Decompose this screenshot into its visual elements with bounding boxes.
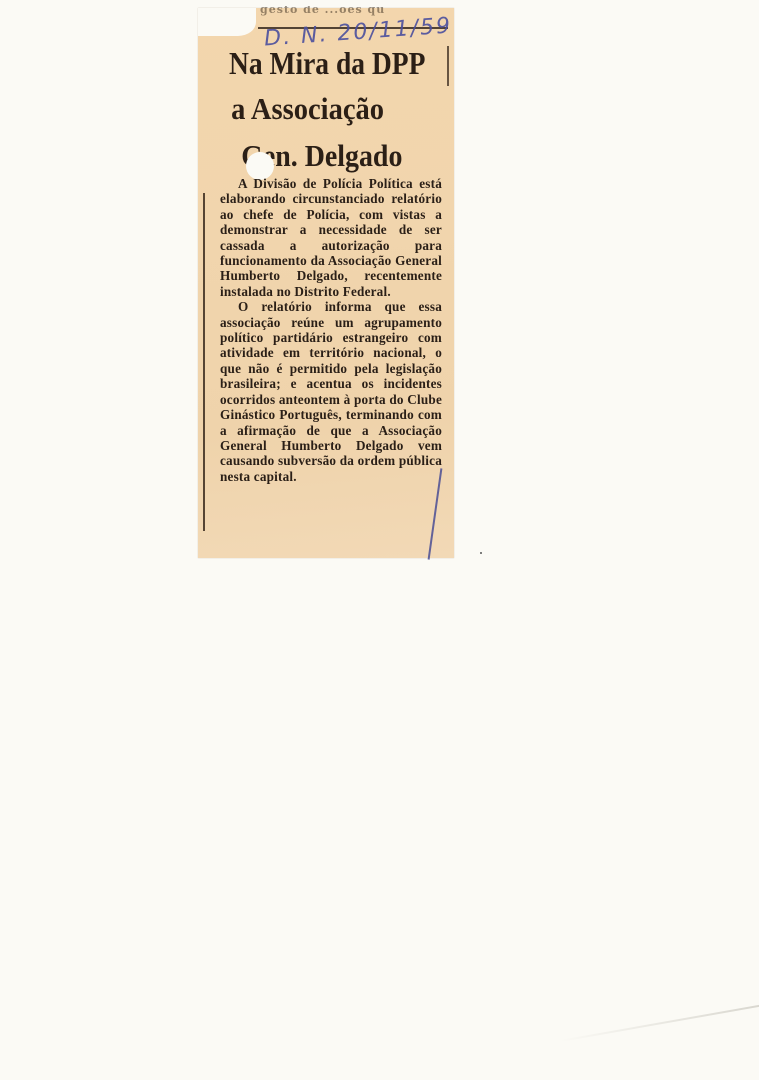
article-body: A Divisão de Polícia Política está elabo…	[220, 176, 442, 484]
article-paragraph-2: O relatório informa que essa associação …	[220, 299, 442, 484]
column-left-rule	[203, 193, 205, 531]
newspaper-clipping: gesto de ...ões qu D. N. 20/11/59 Na Mir…	[198, 8, 454, 558]
speck	[480, 552, 482, 554]
article-headline: Na Mira da DPP a Associação Gen. Delgado	[198, 44, 454, 176]
page-edge-shadow	[560, 1002, 759, 1042]
headline-line-3: Gen. Delgado	[198, 136, 428, 176]
headline-line-2: a Associação	[198, 82, 434, 136]
headline-line-1: Na Mira da DPP	[198, 44, 418, 82]
article-paragraph-1: A Divisão de Polícia Política está elabo…	[220, 176, 442, 299]
